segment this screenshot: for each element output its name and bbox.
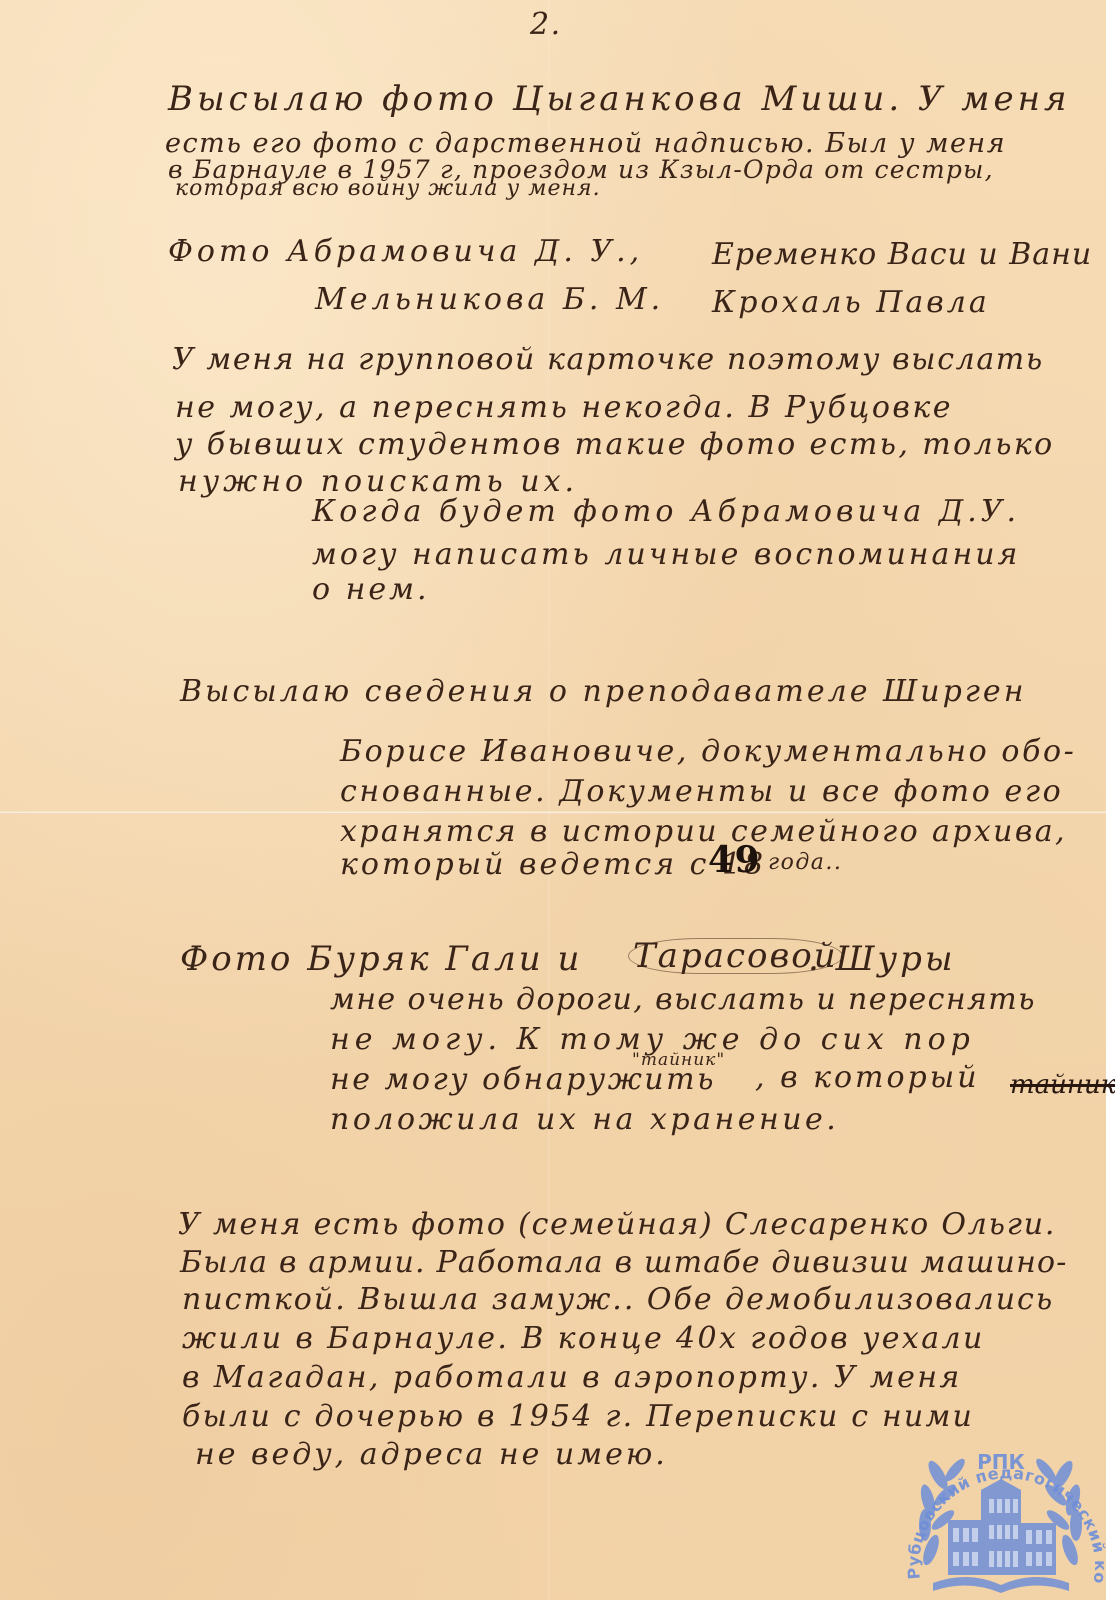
text-line: который ведется с 18 <box>340 850 766 880</box>
text-line: были с дочерью в 1954 г. Переписки с ним… <box>182 1402 974 1432</box>
text-line: мне очень дороги, выслать и переснять <box>330 985 1036 1015</box>
inserted-word: "тайник" <box>632 1050 725 1070</box>
text-line: Когда будет фото Абрамовича Д.У. <box>312 497 1020 527</box>
text-line: Фото Буряк Гали и <box>180 942 582 976</box>
text-line: у бывших студентов такие фото есть, толь… <box>175 430 1055 460</box>
text-line: года.. <box>768 852 842 874</box>
text-line: не веду, адреса не имею. <box>195 1440 668 1470</box>
text-line: У меня есть фото (семейная) Слесаренко О… <box>178 1210 1056 1240</box>
text-line: Крохаль Павла <box>712 288 990 318</box>
text-line: которая всю войну жила у меня. <box>175 178 601 200</box>
crossed-out-word: тайник <box>1010 1070 1115 1100</box>
svg-text:РПК: РПК <box>977 1450 1025 1474</box>
text-line: могу написать личные воспоминания <box>312 540 1020 570</box>
text-line: положила их на хранение. <box>330 1105 839 1135</box>
text-line: Высылаю сведения о преподавателе Ширген <box>180 677 1026 707</box>
letter-sheet: 2. Высылаю фото Цыганкова Миши. У меня е… <box>0 0 1106 1600</box>
text-line: жили в Барнауле. В конце 40х годов уехал… <box>182 1324 985 1354</box>
text-line: . Шуры <box>808 942 956 976</box>
text-line: , в который <box>755 1063 980 1093</box>
text-line: есть его фото с дарственной надписью. Бы… <box>165 130 1006 157</box>
text-line: Борисе Ивановиче, документально обо- <box>340 737 1076 767</box>
corrected-year-digits: 49 <box>708 842 761 878</box>
text-line: о нем. <box>312 575 430 605</box>
text-line: Мельникова Б. М. <box>315 285 664 315</box>
stamp-emblem-icon: Рубцовский педагогический колледж РПК <box>893 1395 1108 1600</box>
text-line: Еременко Васи и Вани <box>712 240 1092 270</box>
text-line: У меня на групповой карточке поэтому выс… <box>172 345 1044 375</box>
text-line: не могу, а переснять некогда. В Рубцовке <box>175 393 953 423</box>
text-line: хранятся в истории семейного архива, <box>340 817 1067 847</box>
text-line: нужно поискать их. <box>178 467 578 497</box>
text-line: Фото Абрамовича Д. У., <box>168 237 643 267</box>
page-number: 2. <box>530 10 562 40</box>
text-line: Была в армии. Работала в штабе дивизии м… <box>180 1248 1068 1278</box>
text-line: в Магадан, работали в аэропорту. У меня <box>182 1363 962 1393</box>
text-line: снованные. Документы и все фото его <box>340 777 1063 807</box>
college-stamp: Рубцовский педагогический колледж РПК <box>893 1395 1108 1600</box>
text-line: писткой. Вышла замуж.. Обе демобилизовал… <box>182 1285 1054 1315</box>
text-line: Высылаю фото Цыганкова Миши. У меня <box>168 82 1071 116</box>
